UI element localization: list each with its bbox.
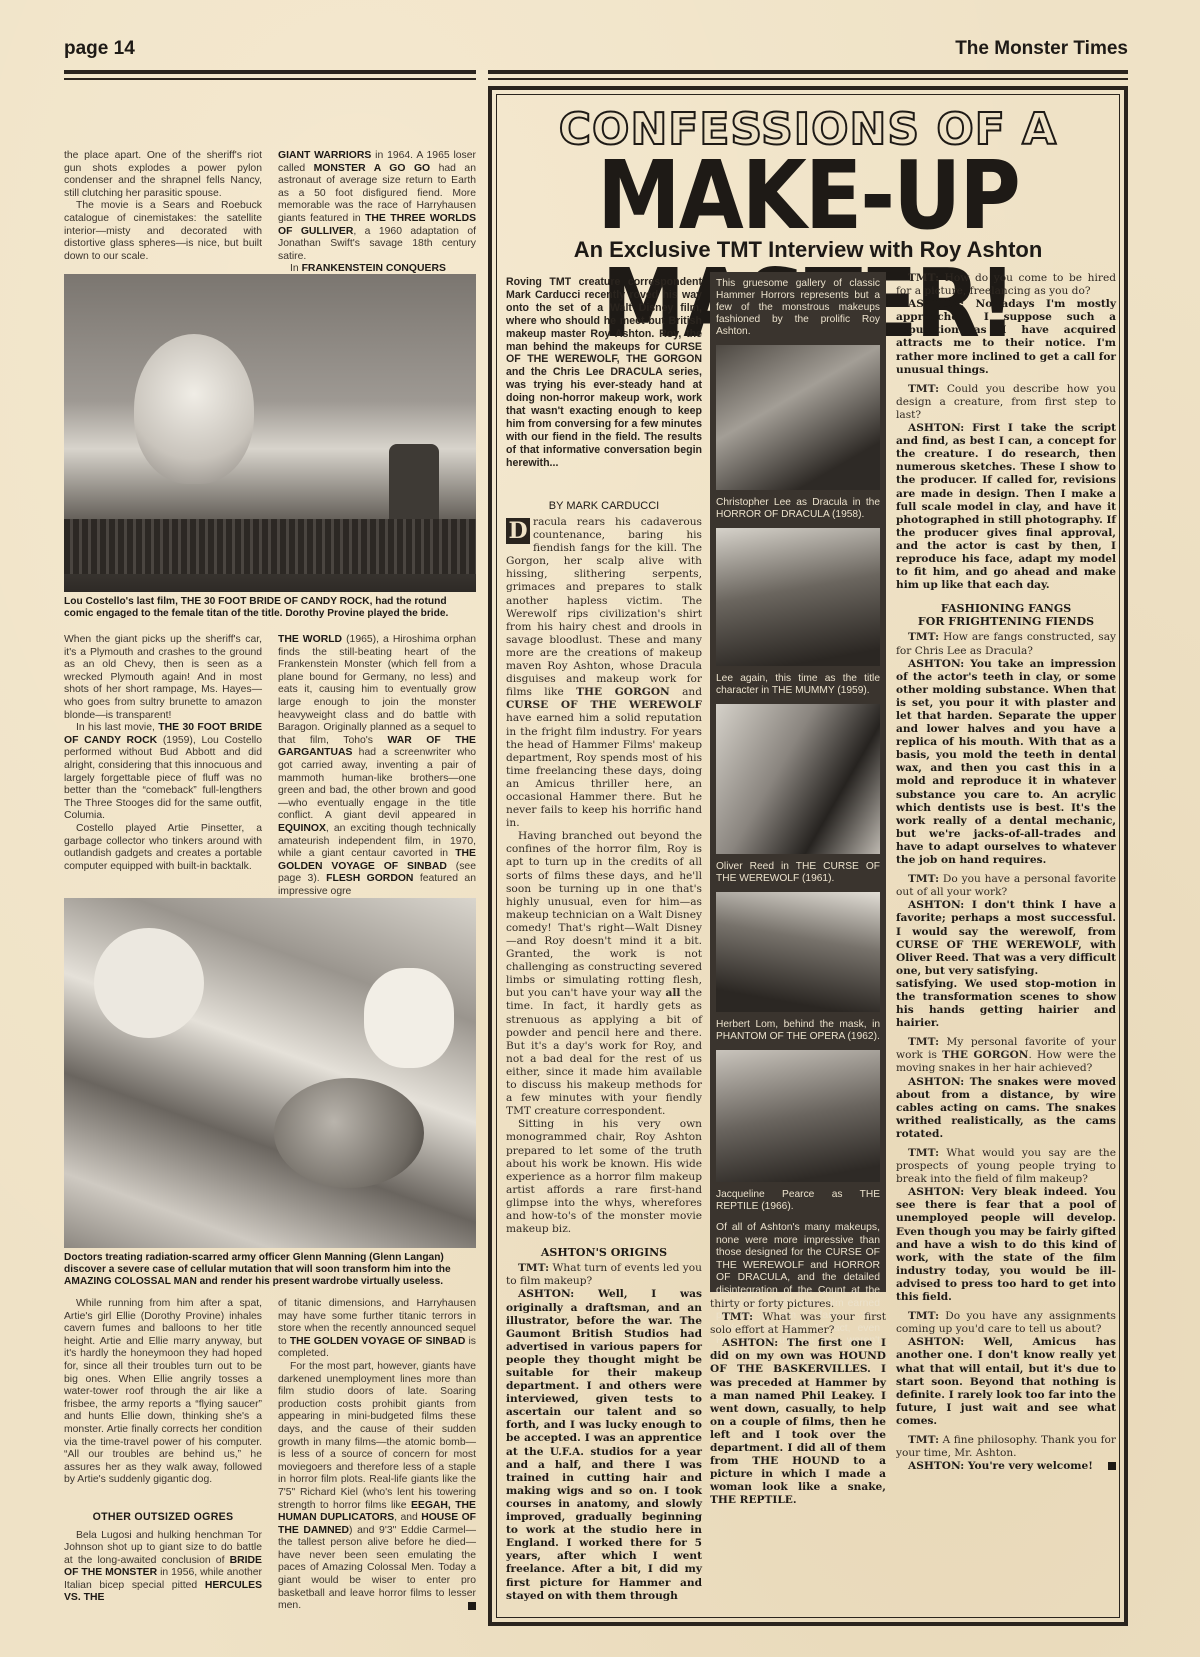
text: and render his present wardrobe virtuall… xyxy=(197,1276,443,1287)
question: TMT: What would you say are the prospect… xyxy=(896,1147,1116,1186)
film-title: GIANT WARRIORS xyxy=(278,150,371,161)
feature-column-1: Dracula rears his cadaverous countenance… xyxy=(506,516,702,1603)
text: , and xyxy=(394,1512,421,1523)
header-rule-right xyxy=(488,70,1128,80)
speaker-label: ASHTON: xyxy=(908,422,964,434)
speaker-label: TMT: xyxy=(908,1036,939,1048)
heading-line: FOR FRIGHTENING FIENDS xyxy=(918,615,1094,628)
paragraph: In his last movie, THE 30 FOOT BRIDE OF … xyxy=(64,722,262,823)
gallery-photo-werewolf xyxy=(716,704,880,854)
question: TMT: What turn of events led you to film… xyxy=(506,1262,702,1288)
feature-subtitle: An Exclusive TMT Interview with Roy Asht… xyxy=(492,237,1124,263)
film-title: EQUINOX xyxy=(278,823,326,834)
speaker-label: ASHTON: xyxy=(908,658,964,670)
photo-figure-bride xyxy=(134,334,254,484)
speaker-label: TMT: xyxy=(908,272,939,284)
answer: ASHTON: Well, I was originally a draftsm… xyxy=(506,1288,702,1602)
text: Well, I was originally a draftsman, and … xyxy=(506,1288,702,1601)
left-top-column-b: GIANT WARRIORS in 1964. A 1965 loser cal… xyxy=(278,150,476,276)
heading-line: FASHIONING FANGS xyxy=(941,602,1071,615)
text: racula rears his cadaverous countenance,… xyxy=(506,516,702,698)
speaker-label: ASHTON: xyxy=(722,1337,778,1349)
film-title: FLESH GORDON xyxy=(326,873,413,884)
text: Doctors treating radiation-scarred army … xyxy=(64,1252,451,1275)
answer: ASHTON: You take an impression of the ac… xyxy=(896,658,1116,868)
paragraph: Bela Lugosi and hulking henchman Tor Joh… xyxy=(64,1530,262,1606)
left-top-column-a: the place apart. One of the sheriff's ri… xyxy=(64,150,262,276)
speaker-label: TMT: xyxy=(908,873,939,885)
left-bot-column-a: While running from him after a spat, Art… xyxy=(64,1298,262,1613)
text: and xyxy=(670,686,702,698)
section-heading: FASHIONING FANGSFOR FRIGHTENING FIENDS xyxy=(896,602,1116,628)
paragraph: of titanic dimensions, and Harryhausen m… xyxy=(278,1298,476,1361)
text: The first one I did on my own was HOUND … xyxy=(710,1337,886,1506)
question: TMT: What was your first solo effort at … xyxy=(710,1311,886,1337)
answer: ASHTON: I don't think I have a favorite;… xyxy=(896,899,1116,978)
left-mid-column-b: THE WORLD (1965), a Hiroshima orphan fin… xyxy=(278,634,476,898)
speaker-label: ASHTON: xyxy=(908,1336,964,1348)
paragraph: Having branched out beyond the confines … xyxy=(506,830,702,1118)
masthead: The Monster Times xyxy=(955,38,1128,60)
text: For the most part, however, giants have … xyxy=(278,1361,476,1511)
byline: BY MARK CARDUCCI xyxy=(506,500,702,512)
photo-caption: Doctors treating radiation-scarred army … xyxy=(64,1252,476,1288)
text: have earned him a solid reputation in th… xyxy=(506,712,702,829)
speaker-label: TMT: xyxy=(908,1147,939,1159)
text: Well, Amicus has another one. I don't kn… xyxy=(896,1336,1116,1427)
answer: ASHTON: The first one I did on my own wa… xyxy=(710,1337,886,1507)
question: TMT: My personal favorite of your work i… xyxy=(896,1036,1116,1075)
speaker-label: TMT: xyxy=(908,1310,939,1322)
text: had a screenwriter who got carried away,… xyxy=(278,747,476,821)
header-rule-left xyxy=(64,70,476,80)
left-article-top: the place apart. One of the sheriff's ri… xyxy=(64,150,476,276)
speaker-label: ASHTON: xyxy=(908,298,964,310)
emphasis: all xyxy=(666,987,681,999)
question: TMT: Do you have any assignments coming … xyxy=(896,1310,1116,1336)
gallery-caption: Lee again, this time as the title charac… xyxy=(710,670,886,700)
text: (1959), Lou Costello performed without B… xyxy=(64,735,262,822)
paragraph: The movie is a Sears and Roebuck catalog… xyxy=(64,200,262,263)
feature-box: CONFESSIONS OF A MAKE-UP MASTER! An Excl… xyxy=(488,86,1128,1626)
speaker-label: TMT: xyxy=(908,1434,939,1446)
text: Very bleak indeed. You see there is fear… xyxy=(896,1186,1116,1303)
photo-figure-doctor xyxy=(364,968,454,1068)
feature-column-2: thirty or forty pictures. TMT: What was … xyxy=(710,1298,886,1508)
speaker-label: TMT: xyxy=(722,1311,753,1323)
gallery-caption: Jacqueline Pearce as THE REPTILE (1966). xyxy=(710,1186,886,1216)
speaker-label: ASHTON: xyxy=(518,1288,574,1300)
film-title: CURSE OF THE WEREWOLF xyxy=(506,699,702,711)
answer: ASHTON: First I take the script and find… xyxy=(896,422,1116,592)
paragraph: Sitting in his very own monogrammed chai… xyxy=(506,1118,702,1236)
paragraph: Costello played Artie Pinsetter, a garba… xyxy=(64,823,262,873)
gallery-header: This gruesome gallery of classic Hammer … xyxy=(710,272,886,341)
end-of-article-mark xyxy=(1108,1462,1116,1470)
speaker-label: TMT: xyxy=(908,631,939,643)
photo-railing xyxy=(64,519,476,574)
paragraph: the place apart. One of the sheriff's ri… xyxy=(64,150,262,200)
speaker-label: TMT: xyxy=(908,383,939,395)
paragraph: thirty or forty pictures. xyxy=(710,1298,886,1311)
left-bot-column-b: of titanic dimensions, and Harryhausen m… xyxy=(278,1298,476,1613)
paragraph: When the giant picks up the sheriff's ca… xyxy=(64,634,262,722)
film-title: THE GORGON xyxy=(942,1049,1028,1061)
speaker-label: ASHTON: xyxy=(908,1186,964,1198)
text: First I take the script and find, as bes… xyxy=(896,422,1116,591)
left-article-bottom: While running from him after a spat, Art… xyxy=(64,1298,476,1613)
film-title: THE GORGON xyxy=(576,686,670,698)
gallery-caption: Oliver Reed in THE CURSE OF THE WEREWOLF… xyxy=(710,858,886,888)
photo-30-foot-bride xyxy=(64,274,476,592)
film-title: THE WORLD xyxy=(278,634,342,645)
photo-figure-patient xyxy=(274,1078,424,1188)
photo-figure-doctor xyxy=(94,928,204,1038)
gallery-caption: Christopher Lee as Dracula in the HORROR… xyxy=(710,494,886,524)
text: (1965), a Hiroshima orphan finds the sti… xyxy=(278,634,476,746)
paragraph: For the most part, however, giants have … xyxy=(278,1361,476,1613)
gallery-photo-mummy xyxy=(716,528,880,666)
left-article-middle: When the giant picks up the sheriff's ca… xyxy=(64,634,476,898)
paragraph: While running from him after a spat, Art… xyxy=(64,1298,262,1487)
film-title: MONSTER A GO GO xyxy=(314,163,430,174)
page-number: page 14 xyxy=(64,38,135,60)
section-heading: ASHTON'S ORIGINS xyxy=(506,1246,702,1259)
answer: ASHTON: The snakes were moved about from… xyxy=(896,1076,1116,1141)
section-heading: OTHER OUTSIZED OGRES xyxy=(64,1511,262,1524)
text: In his last movie, xyxy=(76,722,158,733)
text: the time. In fact, it hardly gets as str… xyxy=(506,987,702,1117)
speaker-label: ASHTON: xyxy=(908,1076,964,1088)
answer-continued: satisfying. We used stop-motion in the t… xyxy=(896,978,1116,1030)
speaker-label: TMT: xyxy=(518,1262,549,1274)
answer: ASHTON: Very bleak indeed. You see there… xyxy=(896,1186,1116,1304)
answer: ASHTON: Well, Amicus has another one. I … xyxy=(896,1336,1116,1428)
gallery-photo-reptile xyxy=(716,1050,880,1182)
speaker-label: ASHTON: xyxy=(908,1460,964,1472)
question: TMT: Could you describe how you design a… xyxy=(896,383,1116,422)
end-of-article-mark xyxy=(468,1602,476,1610)
speaker-label: ASHTON: xyxy=(908,899,964,911)
question: TMT: Do you have a personal favorite out… xyxy=(896,873,1116,899)
text: Having branched out beyond the confines … xyxy=(506,830,702,999)
film-title: THE GOLDEN VOYAGE OF SINBAD xyxy=(290,1336,466,1347)
feature-column-3: TMT: How do you come to be hired for a p… xyxy=(896,272,1116,1473)
question: TMT: How are fangs constructed, say for … xyxy=(896,631,1116,657)
question: TMT: A fine philosophy. Thank you for yo… xyxy=(896,1434,1116,1460)
text: You're very welcome! xyxy=(964,1460,1093,1472)
gallery-caption: Herbert Lom, behind the mask, in PHANTOM… xyxy=(710,1016,886,1046)
left-mid-column-a: When the giant picks up the sheriff's ca… xyxy=(64,634,262,898)
answer: ASHTON: You're very welcome! xyxy=(896,1460,1116,1473)
film-title: AMAZING COLOSSAL MAN xyxy=(64,1276,197,1287)
paragraph: THE WORLD (1965), a Hiroshima orphan fin… xyxy=(278,634,476,898)
film-title: FRANKENSTEIN CONQUERS xyxy=(302,263,446,274)
photo-gallery: This gruesome gallery of classic Hammer … xyxy=(710,272,886,1292)
gallery-photo-dracula xyxy=(716,345,880,490)
text: You take an impression of the actor's te… xyxy=(896,658,1116,866)
drop-cap: D xyxy=(506,518,530,544)
text: In xyxy=(290,263,302,274)
feature-intro: Roving TMT creature correspondent Mark C… xyxy=(506,276,702,470)
gallery-photo-phantom xyxy=(716,892,880,1012)
answer: ASHTON: Nowadays I'm mostly approached. … xyxy=(896,298,1116,377)
paragraph: GIANT WARRIORS in 1964. A 1965 loser cal… xyxy=(278,150,476,263)
question: TMT: How do you come to be hired for a p… xyxy=(896,272,1116,298)
text: ) and 9'3" Eddie Carmel—the tallest pers… xyxy=(278,1525,476,1612)
paragraph: Dracula rears his cadaverous countenance… xyxy=(506,516,702,830)
photo-amazing-colossal-man xyxy=(64,898,476,1248)
photo-caption: Lou Costello's last film, THE 30 FOOT BR… xyxy=(64,596,476,620)
